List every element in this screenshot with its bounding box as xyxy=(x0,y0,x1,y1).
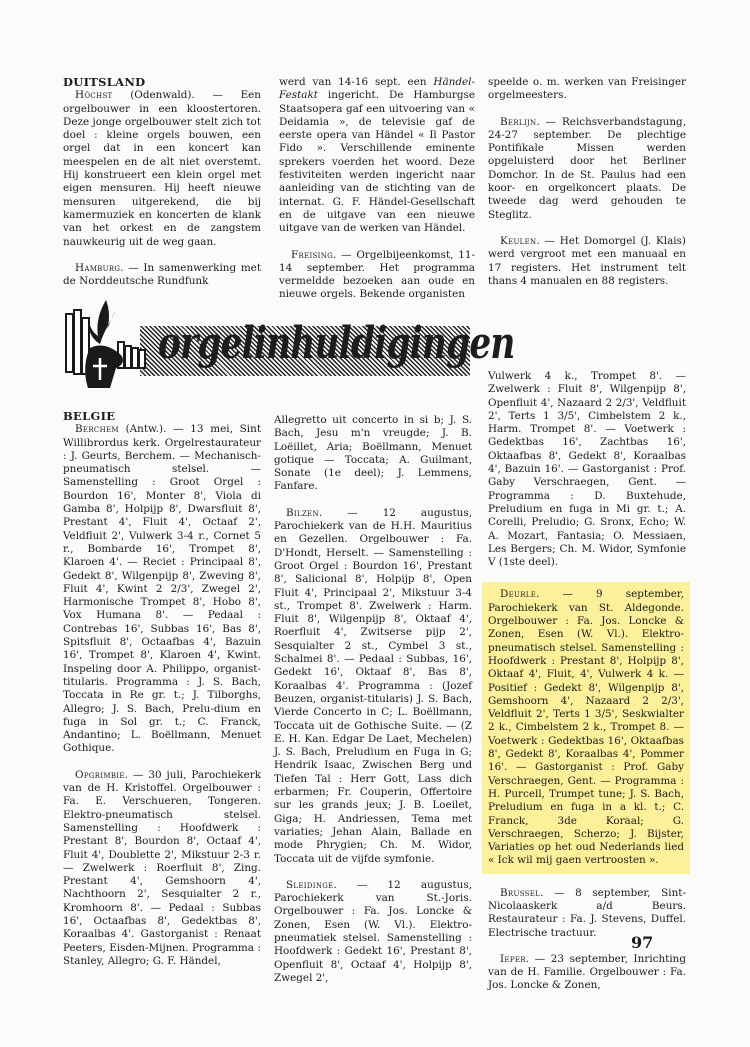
place-name: Brussel xyxy=(500,887,540,899)
entry-bilzen: Bilzen. — 12 augustus, Parochiekerk van … xyxy=(274,507,472,866)
entry-berlijn: Berlijn. — Reichsverbandstagung, 24-27 s… xyxy=(488,116,686,222)
entry-opgrimbie-continued: Allegretto uit concerto in si b; J. S. B… xyxy=(274,414,472,494)
column-2-top: werd van 14-16 sept. een Händel-Festakt … xyxy=(279,76,475,302)
entry-opgrimbie: Opgrimbie. — 30 juli, Parochiekerk van d… xyxy=(63,769,261,968)
place-name: Keulen xyxy=(500,235,536,247)
page-number: 97 xyxy=(631,933,653,952)
entry-freising-continued: speelde o. m. werken van Freisinger orge… xyxy=(488,76,686,103)
entry-hamburg-continued: werd van 14-16 sept. een Händel-Festakt … xyxy=(279,76,475,236)
entry-freising: Freising. — Orgelbijeenkomst, 11-14 sept… xyxy=(279,249,475,302)
place-name: Deurle xyxy=(500,588,536,600)
section-heading-duitsland: DUITSLAND xyxy=(63,76,261,89)
column-1-top: DUITSLAND Höchst (Odenwald). — Een orgel… xyxy=(63,76,261,288)
entry-brussel: Brussel. — 8 september, Sint-Nicolaasker… xyxy=(488,887,686,940)
place-name: Berchem xyxy=(75,423,119,435)
place-name: Berlijn xyxy=(500,116,536,128)
place-name: Höchst xyxy=(75,89,113,101)
organ-pipes-hand-cross-icon xyxy=(60,296,155,392)
column-3-bottom: Vulwerk 4 k., Trompet 8'. — Zwelwerk : F… xyxy=(488,370,686,993)
place-name: Ieper xyxy=(500,953,526,965)
entry-sleidinge-continued: Vulwerk 4 k., Trompet 8'. — Zwelwerk : F… xyxy=(488,370,686,569)
entry-deurle: Deurle. — 9 september, Parochiekerk van … xyxy=(488,588,684,867)
entry-keulen: Keulen. — Het Domorgel (J. Klais) werd v… xyxy=(488,235,686,288)
column-2-bottom: Allegretto uit concerto in si b; J. S. B… xyxy=(274,414,472,985)
place-name: Bilzen xyxy=(286,507,319,519)
highlighted-entry: Deurle. — 9 september, Parochiekerk van … xyxy=(482,582,690,873)
place-name: Freising xyxy=(291,249,333,261)
entry-hamburg: Hamburg. — In samenwerking met de Nordde… xyxy=(63,262,261,289)
entry-hochst: Höchst (Odenwald). — Een orgelbouwer in … xyxy=(63,89,261,249)
section-heading-belgie: BELGIE xyxy=(63,410,261,423)
section-banner: orgelinhuldigingen xyxy=(60,296,472,392)
entry-berchem: Berchem (Antw.). — 13 mei, Sint Willibro… xyxy=(63,423,261,755)
place-name: Opgrimbie xyxy=(75,769,125,781)
entry-sleidinge: Sleidinge. — 12 augustus, Parochiekerk v… xyxy=(274,879,472,985)
place-name: Sleidinge xyxy=(286,879,334,891)
column-1-bottom: BELGIE Berchem (Antw.). — 13 mei, Sint W… xyxy=(63,410,261,968)
entry-ieper: Ieper. — 23 september, Inrichting van de… xyxy=(488,953,686,993)
column-3-top: speelde o. m. werken van Freisinger orge… xyxy=(488,76,686,288)
banner-title: orgelinhuldigingen xyxy=(158,318,515,369)
place-name: Hamburg xyxy=(75,262,120,274)
